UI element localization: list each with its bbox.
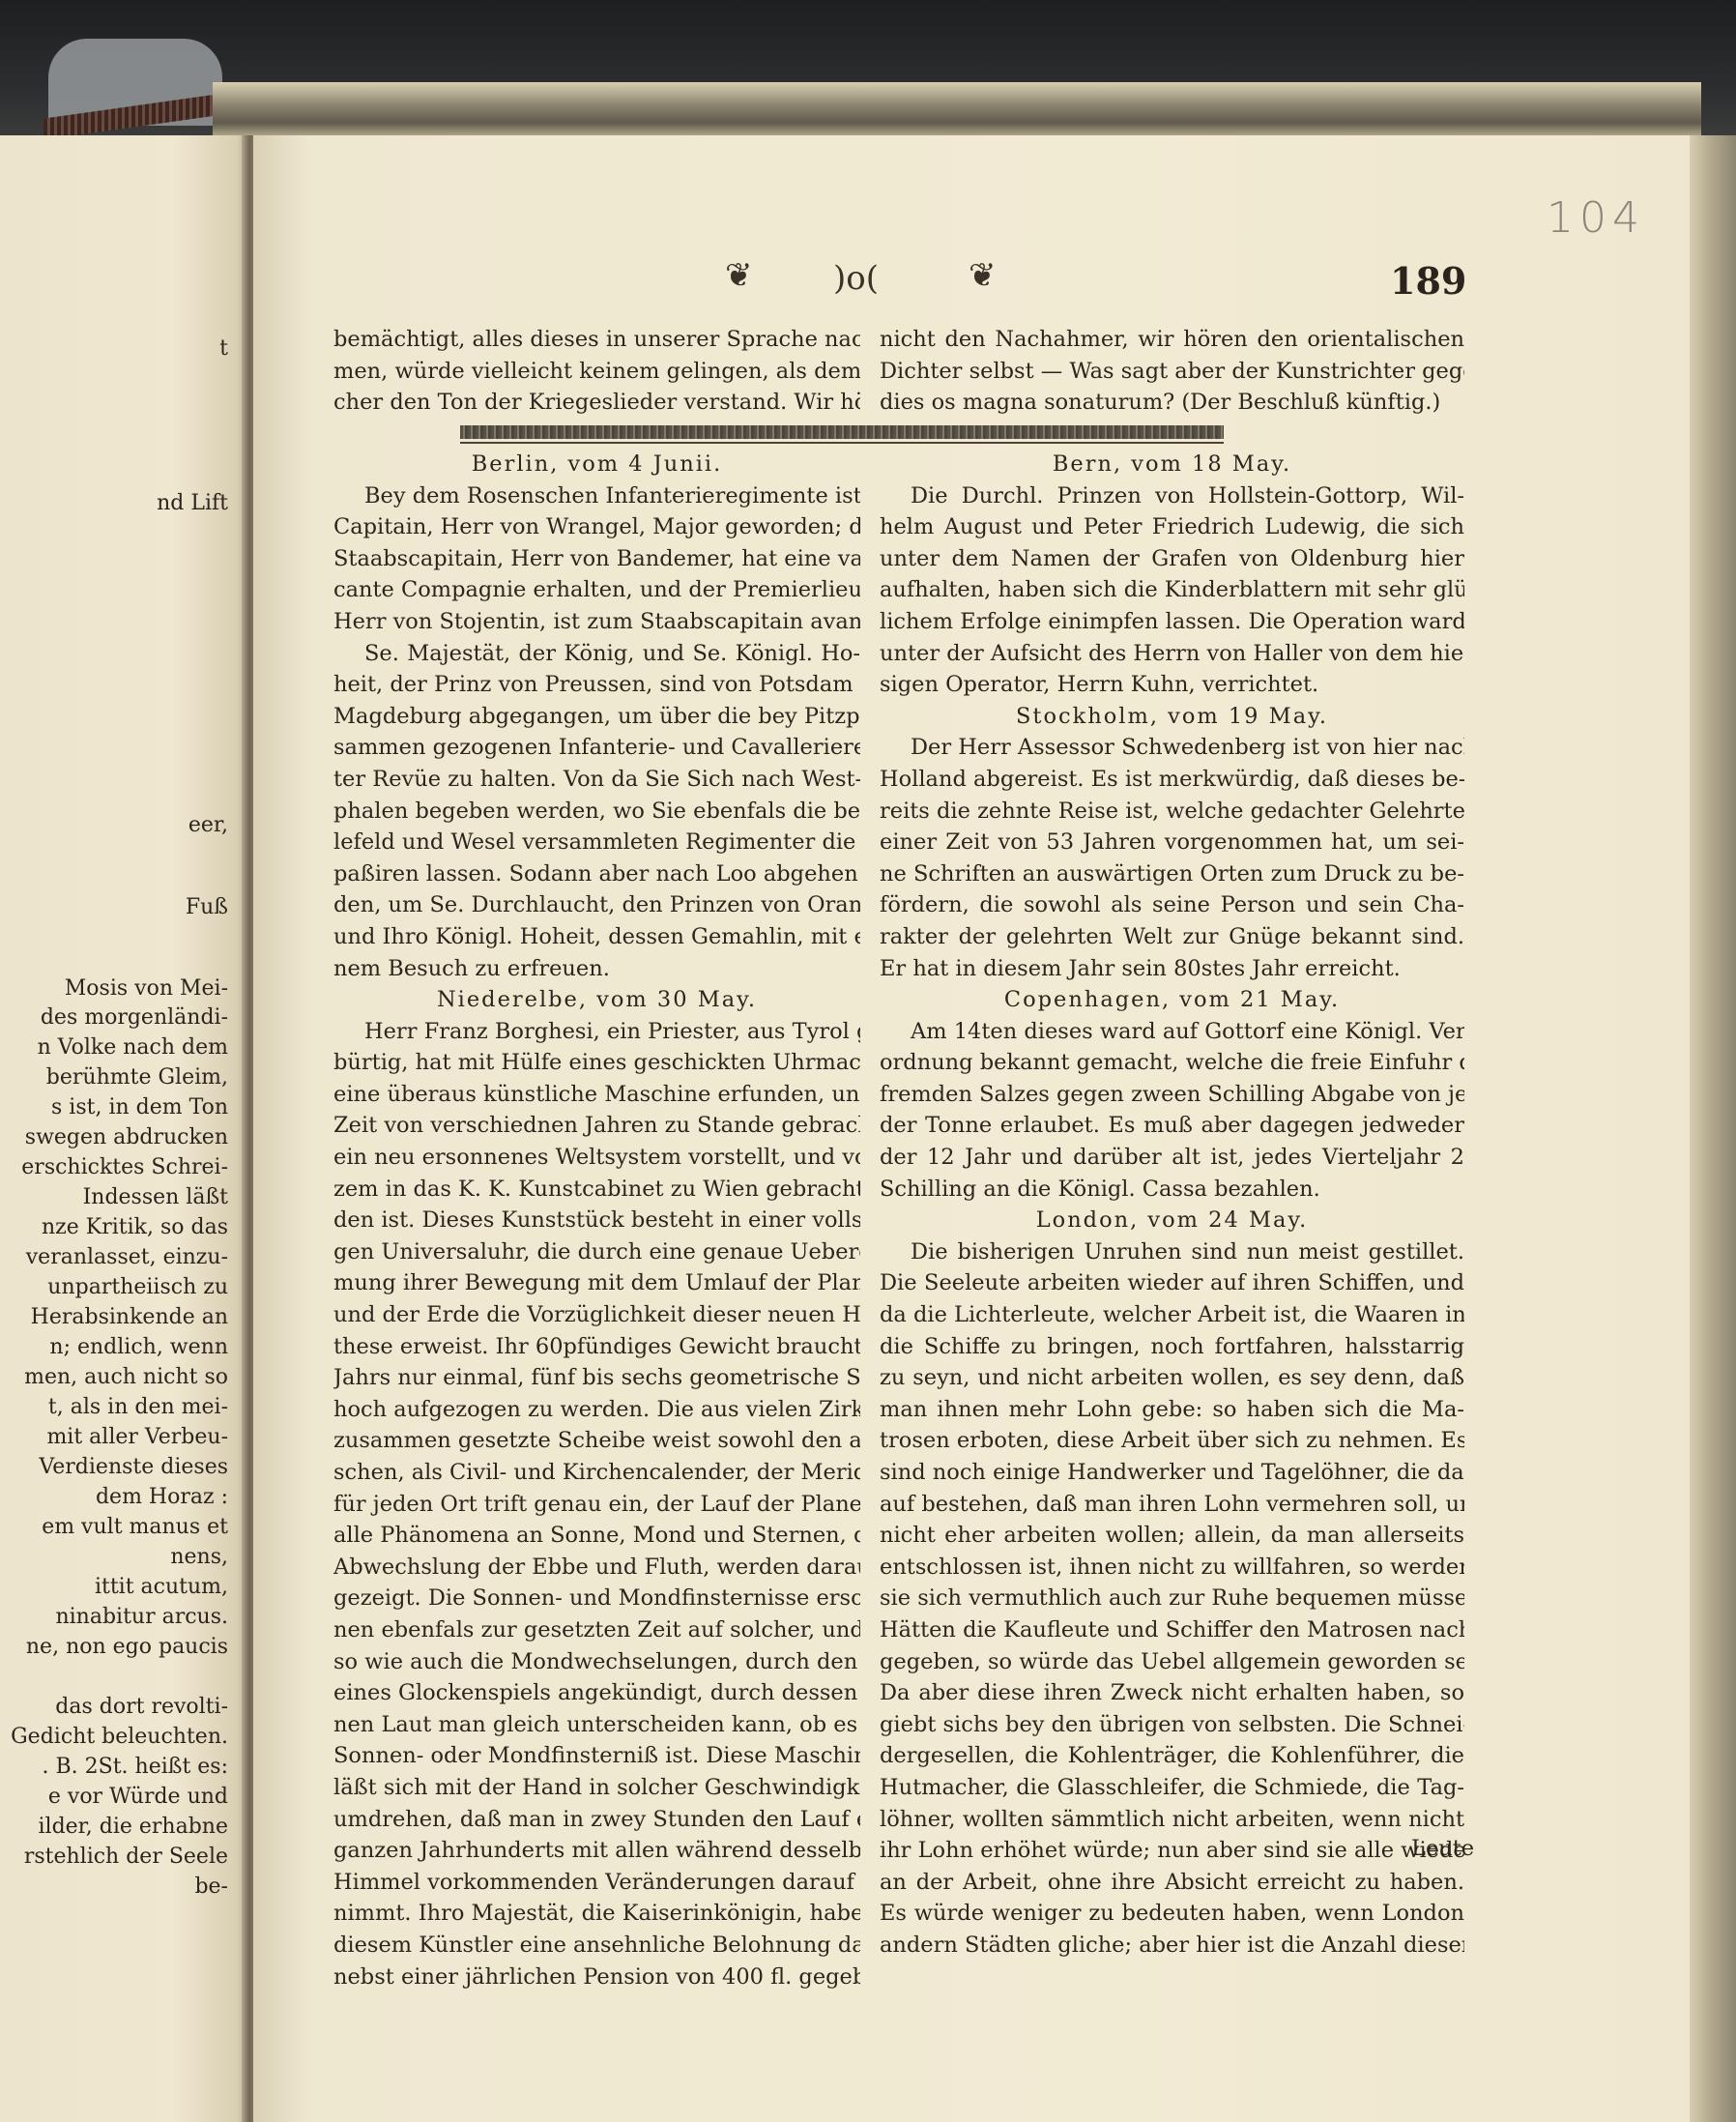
text-line: da die Lichterleute, welcher Arbeit ist,… xyxy=(880,1299,1464,1331)
left-page-text-fragment: ilder, die erhabne xyxy=(0,1813,228,1842)
shell-ornament-icon: ❦ xyxy=(725,256,753,295)
text-line: sigen Operator, Herrn Kuhn, verrichtet. xyxy=(880,669,1464,701)
text-line: giebt sichs bey den übrigen von selbsten… xyxy=(880,1709,1464,1741)
text-line: eines Glockenspiels angekündigt, durch d… xyxy=(333,1677,860,1709)
text-line: den, um Se. Durchlaucht, den Prinzen von… xyxy=(333,889,860,921)
text-line: cher den Ton der Kriegeslieder verstand.… xyxy=(333,387,860,419)
left-page-text-fragment: rstehlich der Seele xyxy=(0,1843,228,1872)
text-line: der 12 Jahr und darüber alt ist, jedes V… xyxy=(880,1142,1464,1174)
text-line: nimmt. Ihro Majestät, die Kaiserinkönigi… xyxy=(333,1898,860,1930)
left-page-text-fragment: dem Horaz : xyxy=(0,1483,228,1512)
left-page-text-fragment: n Volke nach dem xyxy=(0,1033,228,1062)
text-line: der Tonne erlaubet. Es muß aber dagegen … xyxy=(880,1110,1464,1142)
continuation-right: nicht den Nachahmer, wir hören den orien… xyxy=(880,324,1464,419)
text-line: nicht eher arbeiten wollen; allein, da m… xyxy=(880,1520,1464,1552)
text-line: die Schiffe zu bringen, noch fortfahren,… xyxy=(880,1331,1464,1363)
text-line: nem Besuch zu erfreuen. xyxy=(333,953,860,985)
continuation-left: bemächtigt, alles dieses in unserer Spra… xyxy=(333,324,860,419)
left-page-text-fragment: Herabsinkende an xyxy=(0,1303,228,1332)
text-line: hoch aufgezogen zu werden. Die aus viele… xyxy=(333,1394,860,1426)
left-page-text-fragment: e vor Würde und xyxy=(0,1783,228,1812)
article-dateline: London, vom 24 May. xyxy=(880,1205,1464,1236)
text-line: Zeit von verschiednen Jahren zu Stande g… xyxy=(333,1110,860,1142)
left-page-text-fragment: swegen abdrucken xyxy=(0,1123,228,1152)
text-line: Magdeburg abgegangen, um über die bey Pi… xyxy=(333,701,860,733)
text-line: gezeigt. Die Sonnen- und Mondfinsterniss… xyxy=(333,1583,860,1614)
text-line: Capitain, Herr von Wrangel, Major geword… xyxy=(333,511,860,543)
text-line: lefeld und Wesel versammleten Regimenter… xyxy=(333,827,860,858)
text-line: den ist. Dieses Kunststück besteht in ei… xyxy=(333,1205,860,1236)
left-page-text-fragment: ittit acutum, xyxy=(0,1573,228,1602)
text-line: Die Durchl. Prinzen von Hollstein-Gottor… xyxy=(880,480,1464,512)
text-line: Dichter selbst — Was sagt aber der Kunst… xyxy=(880,356,1464,388)
center-ornament-icon: )o( xyxy=(833,259,879,298)
section-divider xyxy=(460,425,1224,439)
text-line: nebst einer jährlichen Pension von 400 f… xyxy=(333,1962,860,1993)
left-page-text-fragment: be- xyxy=(0,1873,228,1902)
left-page-text-fragment: nze Kritik, so das xyxy=(0,1213,228,1242)
catchword: Leute xyxy=(1411,1833,1489,1865)
text-line: und der Erde die Vorzüglichkeit dieser n… xyxy=(333,1299,860,1331)
article-dateline: Bern, vom 18 May. xyxy=(880,449,1464,480)
text-line: Se. Majestät, der König, und Se. Königl.… xyxy=(333,638,860,670)
fore-edge xyxy=(1690,135,1736,2122)
left-page-text-fragment: das dort revolti- xyxy=(0,1693,228,1722)
page-edges-top xyxy=(213,82,1701,140)
left-page-text-fragment: berühmte Gleim, xyxy=(0,1063,228,1092)
text-line: für jeden Ort trift genau ein, der Lauf … xyxy=(333,1489,860,1521)
text-line: sie sich vermuthlich auch zur Ruhe beque… xyxy=(880,1583,1464,1614)
left-page-text-fragment: t xyxy=(0,334,228,363)
text-line: these erweist. Ihr 60pfündiges Gewicht b… xyxy=(333,1331,860,1363)
left-page-text-fragment: Fuß xyxy=(0,893,228,922)
left-page-text-fragment: s ist, in dem Ton xyxy=(0,1093,228,1122)
text-line: und Ihro Königl. Hoheit, dessen Gemahlin… xyxy=(333,921,860,953)
text-line: gegeben, so würde das Uebel allgemein ge… xyxy=(880,1646,1464,1678)
text-line: zu seyn, und nicht arbeiten wollen, es s… xyxy=(880,1362,1464,1394)
left-page-text-fragment: unpartheiisch zu xyxy=(0,1273,228,1302)
text-line: Schilling an die Königl. Cassa bezahlen. xyxy=(880,1174,1464,1206)
text-line: ihr Lohn erhöhet würde; nun aber sind si… xyxy=(880,1835,1464,1867)
folio-stamp: 104 xyxy=(1547,193,1645,243)
text-line: andern Städten gliche; aber hier ist die… xyxy=(880,1930,1464,1962)
left-page-text-fragment: Mosis von Mei- xyxy=(0,974,228,1003)
text-line: reits die zehnte Reise ist, welche gedac… xyxy=(880,796,1464,828)
text-line: entschlossen ist, ihnen nicht zu willfah… xyxy=(880,1552,1464,1584)
text-line: fördern, die sowohl als seine Person und… xyxy=(880,889,1464,921)
news-column-right: Bern, vom 18 May.Die Durchl. Prinzen von… xyxy=(880,449,1464,1962)
text-line: zem in das K. K. Kunstcabinet zu Wien ge… xyxy=(333,1174,860,1206)
text-line: schen, als Civil- und Kirchencalender, d… xyxy=(333,1457,860,1489)
section-divider-thin xyxy=(460,442,1224,444)
text-line: unter der Aufsicht des Herrn von Haller … xyxy=(880,638,1464,670)
text-line: bemächtigt, alles dieses in unserer Spra… xyxy=(333,324,860,356)
left-page-text-fragment: em vult manus et xyxy=(0,1513,228,1542)
text-line: löhner, wollten sämmtlich nicht arbeiten… xyxy=(880,1804,1464,1836)
left-page: tnd Lifteer,FußMosis von Mei-des morgenl… xyxy=(0,135,249,2122)
left-page-text-fragment: nens, xyxy=(0,1543,228,1572)
text-line: heit, der Prinz von Preussen, sind von P… xyxy=(333,669,860,701)
text-line: ganzen Jahrhunderts mit allen während de… xyxy=(333,1835,860,1867)
left-page-text-fragment: ninabitur arcus. xyxy=(0,1603,228,1632)
text-line: Am 14ten dieses ward auf Gottorf eine Kö… xyxy=(880,1016,1464,1048)
left-page-text-fragment: t, als in den mei- xyxy=(0,1393,228,1422)
text-line: ter Revüe zu halten. Von da Sie Sich nac… xyxy=(333,764,860,796)
text-line: Bey dem Rosenschen Infanterieregimente i… xyxy=(333,480,860,512)
text-line: cante Compagnie erhalten, und der Premie… xyxy=(333,574,860,606)
text-line: lichem Erfolge einimpfen lassen. Die Ope… xyxy=(880,606,1464,638)
text-line: Herr Franz Borghesi, ein Priester, aus T… xyxy=(333,1016,860,1048)
text-line: Der Herr Assessor Schwedenberg ist von h… xyxy=(880,732,1464,764)
text-line: Hätten die Kaufleute und Schiffer den Ma… xyxy=(880,1614,1464,1646)
text-line: zusammen gesetzte Scheibe weist sowohl d… xyxy=(333,1425,860,1457)
text-line: Holland abgereist. Es ist merkwürdig, da… xyxy=(880,764,1464,796)
text-line: nicht den Nachahmer, wir hören den orien… xyxy=(880,324,1464,356)
page-number: 189 xyxy=(1390,259,1466,303)
text-line: Herr von Stojentin, ist zum Staabscapita… xyxy=(333,606,860,638)
text-line: Abwechslung der Ebbe und Fluth, werden d… xyxy=(333,1552,860,1584)
text-line: man ihnen mehr Lohn gebe: so haben sich … xyxy=(880,1394,1464,1426)
text-line: eine überaus künstliche Maschine erfunde… xyxy=(333,1079,860,1111)
left-page-text-fragment: . B. 2St. heißt es: xyxy=(0,1753,228,1782)
text-line: helm August und Peter Friedrich Ludewig,… xyxy=(880,511,1464,543)
left-page-text-fragment: eer, xyxy=(0,811,228,840)
text-line: auf bestehen, daß man ihren Lohn vermehr… xyxy=(880,1489,1464,1521)
text-line: umdrehen, daß man in zwey Stunden den La… xyxy=(333,1804,860,1836)
article-dateline: Niederelbe, vom 30 May. xyxy=(333,984,860,1016)
text-line: alle Phänomena an Sonne, Mond und Sterne… xyxy=(333,1520,860,1552)
text-line: ein neu ersonnenes Weltsystem vorstellt,… xyxy=(333,1142,860,1174)
left-page-text-fragment: mit aller Verbeu- xyxy=(0,1423,228,1452)
text-line: ne Schriften an auswärtigen Orten zum Dr… xyxy=(880,858,1464,890)
text-line: men, würde vielleicht keinem gelingen, a… xyxy=(333,356,860,388)
left-page-text-fragment: Gedicht beleuchten. xyxy=(0,1723,228,1752)
text-line: Die Seeleute arbeiten wieder auf ihren S… xyxy=(880,1267,1464,1299)
shell-ornament-icon: ❦ xyxy=(969,256,997,295)
text-line: nen Laut man gleich unterscheiden kann, … xyxy=(333,1709,860,1741)
text-line: einer Zeit von 53 Jahren vorgenommen hat… xyxy=(880,827,1464,858)
text-line: Er hat in diesem Jahr sein 80stes Jahr e… xyxy=(880,953,1464,985)
left-page-text-fragment: ne, non ego paucis xyxy=(0,1633,228,1662)
left-page-text-fragment: veranlasset, einzu- xyxy=(0,1243,228,1272)
text-line: sind noch einige Handwerker und Tagelöhn… xyxy=(880,1457,1464,1489)
article-dateline: Stockholm, vom 19 May. xyxy=(880,701,1464,733)
left-page-text-fragment: des morgenländi- xyxy=(0,1003,228,1032)
article-dateline: Copenhagen, vom 21 May. xyxy=(880,984,1464,1016)
text-line: trosen erboten, diese Arbeit über sich z… xyxy=(880,1425,1464,1457)
text-line: ordnung bekannt gemacht, welche die frei… xyxy=(880,1047,1464,1079)
text-line: bürtig, hat mit Hülfe eines geschickten … xyxy=(333,1047,860,1079)
text-line: Da aber diese ihren Zweck nicht erhalten… xyxy=(880,1677,1464,1709)
news-column-left: Berlin, vom 4 Junii.Bey dem Rosenschen I… xyxy=(333,449,860,1992)
left-page-text-fragment: n; endlich, wenn xyxy=(0,1333,228,1362)
text-line: sammen gezogenen Infanterie- und Cavalle… xyxy=(333,732,860,764)
left-page-text-fragment: erschicktes Schrei- xyxy=(0,1153,228,1182)
left-page-text-fragment: Indessen läßt xyxy=(0,1183,228,1212)
text-line: diesem Künstler eine ansehnliche Belohnu… xyxy=(333,1930,860,1962)
text-line: läßt sich mit der Hand in solcher Geschw… xyxy=(333,1772,860,1804)
article-dateline: Berlin, vom 4 Junii. xyxy=(333,449,860,480)
text-line: unter dem Namen der Grafen von Oldenburg… xyxy=(880,543,1464,575)
text-line: rakter der gelehrten Welt zur Gnüge beka… xyxy=(880,921,1464,953)
text-line: Staabscapitain, Herr von Bandemer, hat e… xyxy=(333,543,860,575)
text-line: dies os magna sonaturum? (Der Beschluß k… xyxy=(880,387,1464,419)
text-line: Die bisherigen Unruhen sind nun meist ge… xyxy=(880,1236,1464,1268)
text-line: aufhalten, haben sich die Kinderblattern… xyxy=(880,574,1464,606)
text-line: dergesellen, die Kohlenträger, die Kohle… xyxy=(880,1740,1464,1772)
text-line: Sonnen- oder Mondfinsterniß ist. Diese M… xyxy=(333,1740,860,1772)
text-line: Hutmacher, die Glasschleifer, die Schmie… xyxy=(880,1772,1464,1804)
text-line: nen ebenfals zur gesetzten Zeit auf solc… xyxy=(333,1614,860,1646)
text-line: Jahrs nur einmal, fünf bis sechs geometr… xyxy=(333,1362,860,1394)
left-page-text-fragment: men, auch nicht so xyxy=(0,1363,228,1392)
text-line: mung ihrer Bewegung mit dem Umlauf der P… xyxy=(333,1267,860,1299)
text-line: gen Universaluhr, die durch eine genaue … xyxy=(333,1236,860,1268)
left-page-text-fragment: nd Lift xyxy=(0,489,228,518)
text-line: Himmel vorkommenden Veränderungen darauf… xyxy=(333,1867,860,1899)
text-line: paßiren lassen. Sodann aber nach Loo abg… xyxy=(333,858,860,890)
text-line: phalen begeben werden, wo Sie ebenfals d… xyxy=(333,796,860,828)
text-line: Es würde weniger zu bedeuten haben, wenn… xyxy=(880,1898,1464,1930)
left-page-text-fragment: Verdienste dieses xyxy=(0,1453,228,1482)
text-line: so wie auch die Mondwechselungen, durch … xyxy=(333,1646,860,1678)
text-line: an der Arbeit, ohne ihre Absicht erreich… xyxy=(880,1867,1464,1899)
text-line: fremden Salzes gegen zween Schilling Abg… xyxy=(880,1079,1464,1111)
